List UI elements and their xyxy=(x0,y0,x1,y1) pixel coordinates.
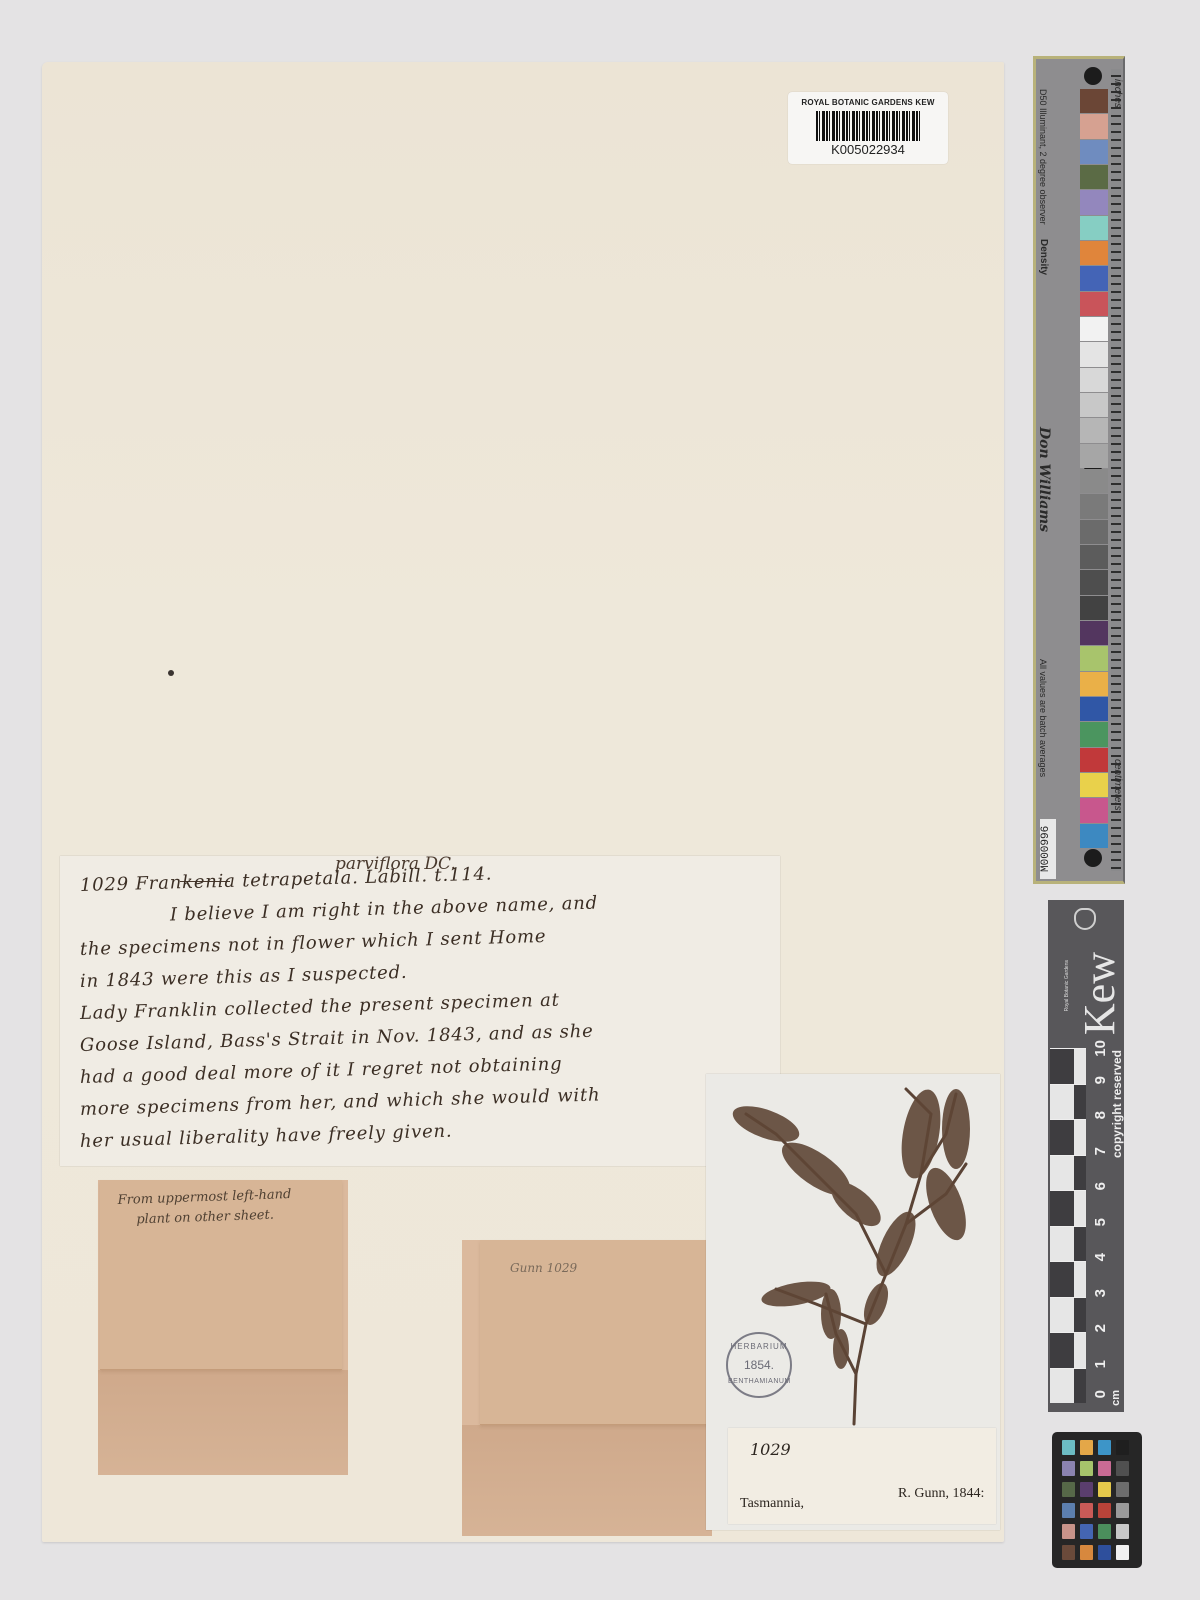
checker-swatch xyxy=(1098,1461,1111,1476)
scale-id: M000996 xyxy=(1040,819,1056,879)
color-patch xyxy=(1080,570,1108,594)
mount-hole-icon xyxy=(1084,849,1102,867)
kew-subtitle: Royal Botanic Gardens xyxy=(1064,960,1070,1011)
color-patch xyxy=(1080,317,1108,341)
ruler-tick-label: 7 xyxy=(1092,1147,1109,1155)
ruler-segment xyxy=(1050,1084,1086,1120)
ruler-tick-label: 5 xyxy=(1092,1218,1109,1226)
ruler-subsegment xyxy=(1074,1120,1086,1155)
checker-swatch xyxy=(1080,1545,1093,1560)
checker-swatch xyxy=(1116,1524,1129,1539)
ruler-segment xyxy=(1050,1190,1086,1226)
specimen-mount: HERBARIUM 1854. BENTHAMIANUM 1029 Tasman… xyxy=(706,1074,1000,1530)
color-patch xyxy=(1080,520,1108,544)
ruler-segment xyxy=(1050,1261,1086,1297)
color-patch xyxy=(1080,824,1108,848)
ruler-segment xyxy=(1050,1119,1086,1155)
specimen-label: 1029 Tasmannia, R. Gunn, 1844: xyxy=(728,1428,996,1524)
color-patch xyxy=(1080,672,1108,696)
envelope-flap[interactable]: From uppermost left-hand plant on other … xyxy=(100,1180,342,1370)
kew-logo: Kew xyxy=(1074,952,1125,1035)
ruler-subsegment xyxy=(1074,1191,1086,1226)
envelope-body xyxy=(98,1370,348,1475)
herbarium-stamp: HERBARIUM 1854. BENTHAMIANUM xyxy=(726,1332,792,1398)
checker-swatch xyxy=(1080,1440,1093,1455)
color-patch xyxy=(1080,596,1108,620)
checker-swatch xyxy=(1116,1440,1129,1455)
values-note: All values are batch averages xyxy=(1038,659,1048,777)
color-patch xyxy=(1080,393,1108,417)
locality: Tasmannia, xyxy=(740,1496,804,1512)
envelope-flap[interactable]: Gunn 1029 xyxy=(480,1240,708,1425)
ruler-tick-label: 0 xyxy=(1092,1390,1109,1398)
stamp-top-text: HERBARIUM xyxy=(728,1342,790,1351)
checker-swatch xyxy=(1062,1545,1075,1560)
envelope-note: From uppermost left-hand plant on other … xyxy=(117,1185,292,1231)
checker-swatch xyxy=(1098,1524,1111,1539)
checker-swatch xyxy=(1116,1482,1129,1497)
checker-swatch xyxy=(1062,1440,1075,1455)
barcode-icon xyxy=(816,111,920,141)
color-patch xyxy=(1080,266,1108,290)
checker-swatch xyxy=(1080,1461,1093,1476)
color-patch xyxy=(1080,368,1108,392)
color-patch xyxy=(1080,114,1108,138)
color-patch xyxy=(1080,494,1108,518)
ruler-tick-label: 8 xyxy=(1092,1111,1109,1119)
inch-ruler xyxy=(1111,69,1121,871)
ruler-segment xyxy=(1050,1048,1086,1084)
collection-number: 1029 xyxy=(750,1440,791,1459)
ruler-tick-label: 4 xyxy=(1092,1253,1109,1261)
color-patch xyxy=(1080,418,1108,442)
ruler-tick-label: 9 xyxy=(1092,1076,1109,1084)
stamp-year: 1854. xyxy=(728,1358,790,1372)
ruler-tick-label: 2 xyxy=(1092,1324,1109,1332)
color-patch xyxy=(1080,165,1108,189)
checker-swatch xyxy=(1062,1461,1075,1476)
stamp-bottom-text: BENTHAMIANUM xyxy=(728,1378,790,1385)
color-density-scale: D50 Illuminant, 2 degree observer Densit… xyxy=(1033,56,1125,884)
checker-swatch xyxy=(1098,1440,1111,1455)
color-patch xyxy=(1080,748,1108,772)
ruler-segment xyxy=(1050,1332,1086,1368)
color-patch xyxy=(1080,292,1108,316)
ruler-subsegment xyxy=(1074,1262,1086,1297)
checker-swatch xyxy=(1062,1503,1075,1518)
checker-swatch xyxy=(1116,1503,1129,1518)
barcode-label: ROYAL BOTANIC GARDENS KEW K005022934 xyxy=(788,92,948,164)
color-patch xyxy=(1080,444,1108,468)
color-patch xyxy=(1080,798,1108,822)
ruler-segment xyxy=(1050,1297,1086,1333)
color-patch xyxy=(1080,722,1108,746)
ruler-tick-label: 10 xyxy=(1092,1040,1109,1057)
ink-spot xyxy=(168,670,174,676)
ruler-subsegment xyxy=(1074,1298,1086,1333)
color-patch xyxy=(1080,89,1108,113)
inches-label: inches xyxy=(1112,79,1123,108)
checker-swatch xyxy=(1080,1524,1093,1539)
density-label: Density xyxy=(1038,239,1049,275)
ruler-subsegment xyxy=(1074,1049,1086,1084)
checker-swatch xyxy=(1062,1482,1075,1497)
color-checker-card xyxy=(1052,1432,1142,1568)
checker-swatch xyxy=(1098,1503,1111,1518)
kew-scale-bar: Royal Botanic Gardens Kew copyright rese… xyxy=(1048,900,1124,1412)
color-patch xyxy=(1080,469,1108,493)
illuminant-note: D50 Illuminant, 2 degree observer xyxy=(1038,89,1048,225)
checker-swatch xyxy=(1116,1461,1129,1476)
color-patch xyxy=(1080,697,1108,721)
ruler-tick-label: 3 xyxy=(1092,1289,1109,1297)
color-patch xyxy=(1080,545,1108,569)
cm-ruler xyxy=(1050,1048,1086,1404)
ruler-tick-label: 6 xyxy=(1092,1182,1109,1190)
fragment-envelope[interactable]: From uppermost left-hand plant on other … xyxy=(98,1180,348,1475)
checker-swatch xyxy=(1080,1482,1093,1497)
handwritten-note: parviflora DC. 1029 Frankenia tetrapetal… xyxy=(60,856,780,1166)
checker-swatch xyxy=(1116,1545,1129,1560)
checker-swatch xyxy=(1062,1524,1075,1539)
centimeters-label: centimeters xyxy=(1112,759,1123,811)
ruler-subsegment xyxy=(1074,1227,1086,1262)
ruler-subsegment xyxy=(1074,1156,1086,1191)
envelope-body xyxy=(462,1425,712,1536)
royal-crest-icon xyxy=(1074,908,1096,930)
copyright-text: copyright reserved xyxy=(1110,1050,1124,1158)
color-patch xyxy=(1080,241,1108,265)
brand-label: Don Williams xyxy=(1036,427,1052,532)
ruler-subsegment xyxy=(1074,1333,1086,1368)
color-patch xyxy=(1080,773,1108,797)
fragment-envelope[interactable]: Gunn 1029 xyxy=(462,1240,712,1536)
checker-swatch xyxy=(1098,1545,1111,1560)
color-patch xyxy=(1080,342,1108,366)
envelope-note: Gunn 1029 xyxy=(510,1258,577,1278)
color-patch xyxy=(1080,140,1108,164)
checker-swatch xyxy=(1080,1503,1093,1518)
color-patch xyxy=(1080,216,1108,240)
color-patch xyxy=(1080,190,1108,214)
color-patch xyxy=(1080,646,1108,670)
ruler-subsegment xyxy=(1074,1085,1086,1120)
unit-label: cm xyxy=(1110,1390,1122,1406)
collector: R. Gunn, 1844: xyxy=(898,1486,984,1502)
ruler-segment xyxy=(1050,1155,1086,1191)
ruler-subsegment xyxy=(1074,1369,1086,1404)
checker-swatch xyxy=(1098,1482,1111,1497)
color-patch xyxy=(1080,621,1108,645)
ruler-segment xyxy=(1050,1368,1086,1404)
ruler-segment xyxy=(1050,1226,1086,1262)
institution-name: ROYAL BOTANIC GARDENS KEW xyxy=(788,98,948,107)
mount-hole-icon xyxy=(1084,67,1102,85)
barcode-number: K005022934 xyxy=(788,142,948,157)
ruler-tick-label: 1 xyxy=(1092,1360,1109,1368)
